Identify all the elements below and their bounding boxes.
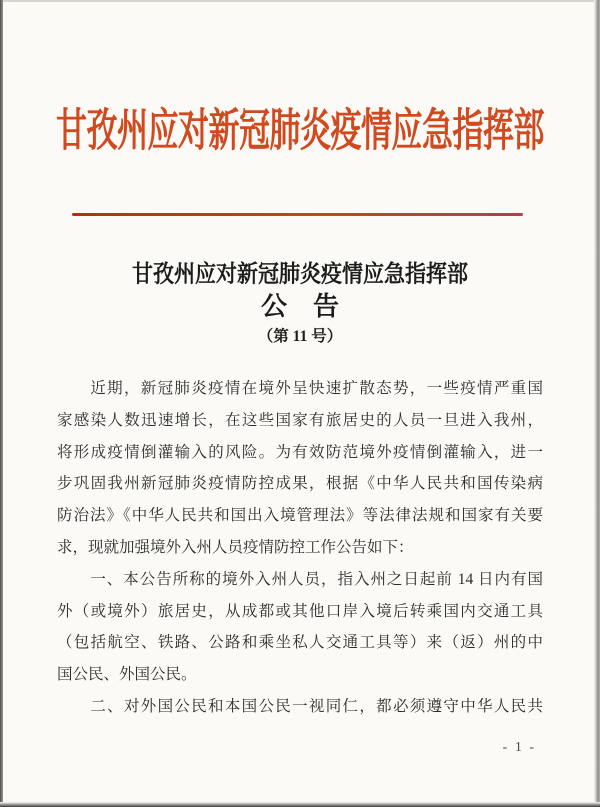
body-line: 求，现就加强境外入州人员疫情防控工作公告如下： [57,532,543,564]
body-line: 二、对外国公民和本国公民一视同仁，都必须遵守中华人民共 [57,691,543,723]
scan-edge-bottom [0,802,600,807]
body-line: 一、本公告所称的境外入州人员，指入州之日起前 14 日内有国 [57,564,543,596]
body-line: 将形成疫情倒灌输入的风险。为有效防范境外疫情倒灌输入，进一 [57,437,543,469]
body-line: 外（或境外）旅居史，从成都或其他口岸入境后转乘国内交通工具 [57,596,543,628]
document-number: （第 11 号） [0,327,600,347]
body-line: 防治法》《中华人民共和国出入境管理法》等法律法规和国家有关要 [57,500,543,532]
red-divider-rule [72,213,523,216]
body-line: 家感染人数迅速增长，在这些国家有旅居史的人员一旦进入我州， [57,405,543,437]
red-letterhead: 甘孜州应对新冠肺炎疫情应急指挥部 [0,86,600,176]
body-line: 近期，新冠肺炎疫情在境外呈快速扩散态势，一些疫情严重国 [57,373,543,405]
body-line: 步巩固我州新冠肺炎疫情防控成果，根据《中华人民共和国传染病 [57,468,543,500]
body-text: 近期，新冠肺炎疫情在境外呈快速扩散态势，一些疫情严重国家感染人数迅速增长，在这些… [57,373,543,723]
document-page: 甘孜州应对新冠肺炎疫情应急指挥部 甘孜州应对新冠肺炎疫情应急指挥部 公 告 （第… [0,0,600,807]
document-subtitle: 公 告 [0,291,600,323]
scan-edge-top [0,0,600,2]
body-line: 国公民、外国公民。 [57,659,543,691]
body-line: （包括航空、铁路、公路和乘坐私人交通工具等）来（返）州的中 [57,627,543,659]
document-title: 甘孜州应对新冠肺炎疫情应急指挥部 [0,258,600,291]
page-number: - 1 - [503,740,536,756]
